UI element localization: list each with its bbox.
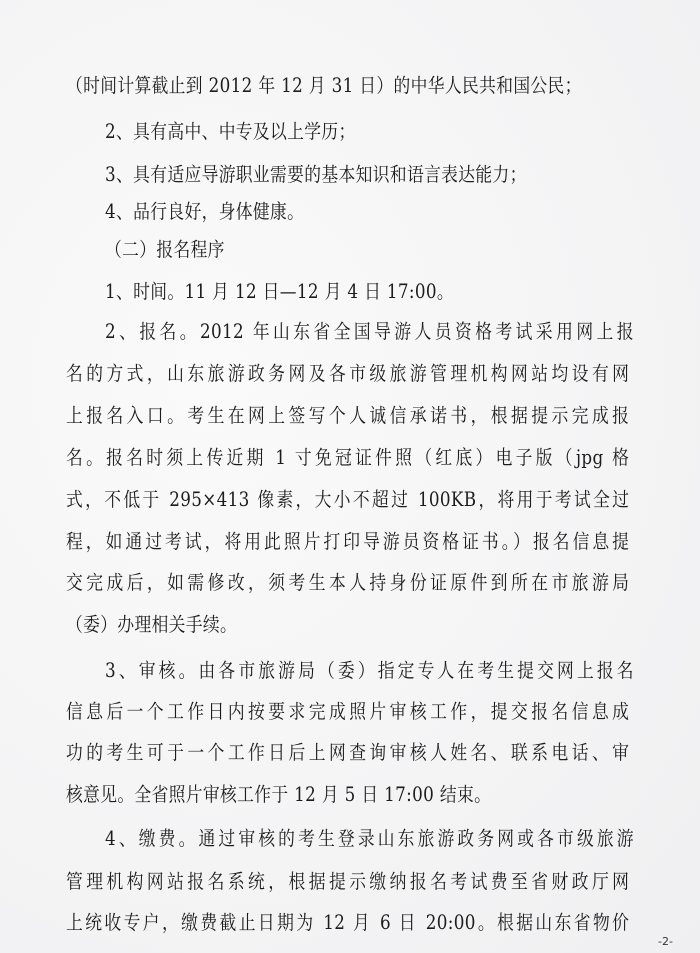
text-line-payment-2: 管理机构网站报名系统，根据提示缴纳报名考试费至省财政厅网 <box>66 870 629 896</box>
text-line-registration-4: 名。报名时须上传近期 1 寸免冠证件照（红底）电子版（jpg 格 <box>66 446 629 472</box>
text-line-review-4: 核意见。全省照片审核工作于 12 月 5 日 17:00 结束。 <box>66 783 553 809</box>
text-line-knowledge: 3、具有适应导游职业需要的基本知识和语言表达能力； <box>105 163 592 189</box>
document-page: （时间计算截止到 2012 年 12 月 31 日）的中华人民共和国公民； 2、… <box>0 0 700 953</box>
text-line-health: 4、品行良好，身体健康。 <box>105 200 592 226</box>
text-line-review-1: 3、审核。由各市旅游局（委）指定专人在考生提交网上报名 <box>105 659 634 685</box>
text-line-registration-5: 式，不低于 295×413 像素，大小不超过 100KB，将用于考试全过 <box>66 488 629 514</box>
text-line-review-3: 功的考生可于一个工作日后上网查询审核人姓名、联系电话、审 <box>66 741 629 767</box>
text-line-time: 1、时间。11 月 12 日—12 月 4 日 17:00。 <box>105 280 592 306</box>
text-line-registration-3: 上报名入口。考生在网上签写个人诚信承诺书，根据提示完成报 <box>66 404 629 430</box>
text-line-payment-1: 4、缴费。通过审核的考生登录山东旅游政务网或各市级旅游 <box>105 827 634 853</box>
text-line-citizenship: （时间计算截止到 2012 年 12 月 31 日）的中华人民共和国公民； <box>66 74 553 100</box>
page-number: -2- <box>658 935 673 948</box>
text-line-registration-1: 2、报名。2012 年山东省全国导游人员资格考试采用网上报 <box>105 320 634 346</box>
text-line-registration-6: 程，如通过考试，将用此照片打印导游员资格证书。）报名信息提 <box>66 530 629 556</box>
text-line-review-2: 信息后一个工作日内按要求完成照片审核工作，提交报名信息成 <box>66 700 629 726</box>
text-line-registration-2: 名的方式，山东旅游政务网及各市级旅游管理机构网站均设有网 <box>66 362 629 388</box>
section-heading-registration: （二）报名程序 <box>105 238 592 264</box>
text-line-payment-3: 上统收专户，缴费截止日期为 12 月 6 日 20:00。根据山东省物价 <box>66 911 629 937</box>
text-line-education: 2、具有高中、中专及以上学历； <box>105 120 592 146</box>
text-line-registration-7: 交完成后，如需修改，须考生本人持身份证原件到所在市旅游局 <box>66 571 629 597</box>
text-line-registration-8: （委）办理相关手续。 <box>66 613 553 639</box>
